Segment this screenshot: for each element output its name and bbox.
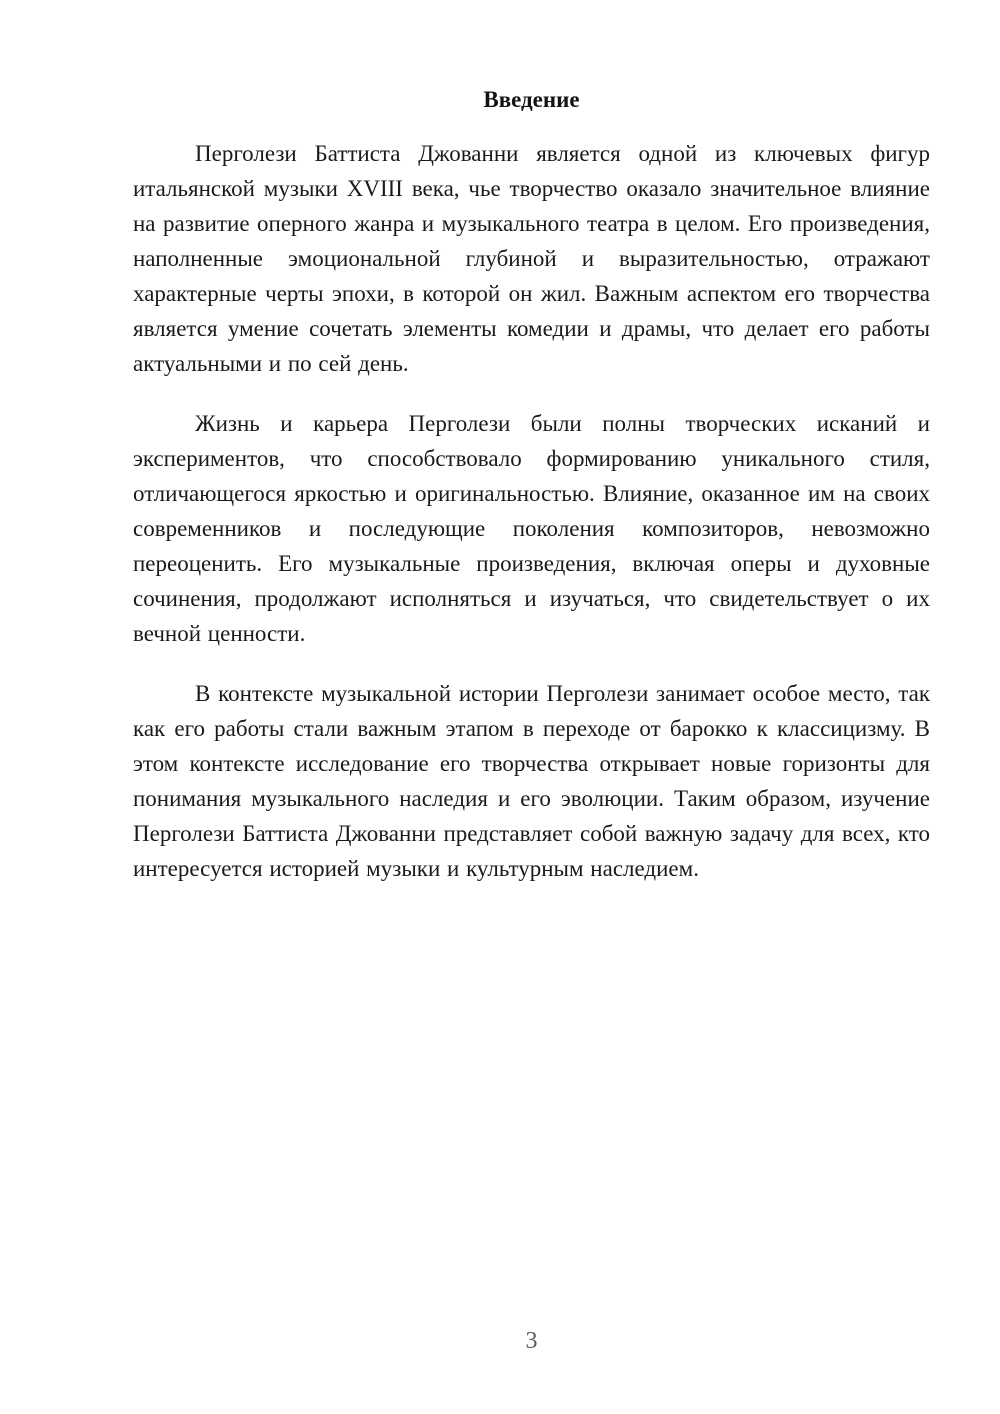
text-block: Введение Перголези Баттиста Джованни явл… (133, 82, 930, 911)
paragraph-3: В контексте музыкальной истории Перголез… (133, 676, 930, 886)
page-number: 3 (133, 1326, 930, 1356)
section-title: Введение (133, 82, 930, 117)
paragraph-2: Жизнь и карьера Перголези были полны тво… (133, 406, 930, 651)
document-page: Введение Перголези Баттиста Джованни явл… (0, 0, 1000, 1414)
paragraph-1: Перголези Баттиста Джованни является одн… (133, 136, 930, 381)
